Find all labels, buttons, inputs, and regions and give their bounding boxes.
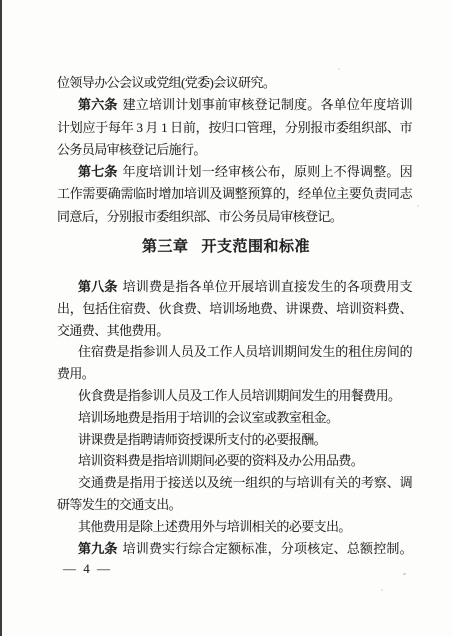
chapter-number: 第三章 [142,239,189,255]
chapter-heading: 第三章开支范围和标准 [0,236,452,258]
text-line: 培训场地费是指用于培训的会议室或教室租金。 [57,407,412,429]
article-number: 第六条 [78,97,118,112]
line-text: 伙食费是指参训人员及工作人员培训期间发生的用餐费用。 [78,388,400,403]
text-line: 同意后，分别报市委组织部、市公务员局审核登记。 [57,206,412,228]
text-line: 其他费用是除上述费用外与培训相关的必要支出。 [57,516,412,538]
line-text: 公务员局审核登记后施行。 [57,142,206,157]
text-line: 住宿费是指参训人员及工作人员培训期间发生的租住房间的 [57,341,412,363]
article-number: 第八条 [78,279,118,294]
scan-speck [403,573,406,575]
scan-speck [58,152,60,154]
text-line: 第六条建立培训计划事前审核登记制度。各单位年度培训 [57,94,412,116]
text-line: 交通费是指用于接送以及统一组织的与培训有关的考察、调 [57,472,412,494]
text-line: 计划应于每年 3 月 1 日前，按归口管理，分别报市委组织部、市 [57,117,412,139]
text-line: 第八条培训费是指各单位开展培训直接发生的各项费用支 [57,276,412,298]
line-text: 培训费实行综合定额标准，分项核定、总额控制。 [123,541,412,556]
line-text: 交通费是指用于接送以及统一组织的与培训有关的考察、调 [78,475,412,490]
text-block-upper: 位领导办公会议或党组(党委)会议研究。 第六条建立培训计划事前审核登记制度。各单… [57,72,412,228]
scan-speck [381,589,383,591]
line-text: 培训费是指各单位开展培训直接发生的各项费用支 [123,279,412,294]
line-text: 培训场地费是指用于培训的会议室或教室租金。 [78,410,338,425]
scan-speck [417,205,419,207]
line-text: 建立培训计划事前审核登记制度。各单位年度培训 [123,97,412,112]
document-page: 位领导办公会议或党组(党委)会议研究。 第六条建立培训计划事前审核登记制度。各单… [0,0,452,636]
line-text: 培训资料费是指培训期间必要的资料及办公用品费。 [78,453,363,468]
line-text: 研等发生的交通支出。 [57,497,181,512]
line-text: 年度培训计划一经审核公布，原则上不得调整。因 [123,164,412,179]
text-line: 工作需要确需临时增加培训及调整预算的，经单位主要负责同志 [57,183,412,205]
line-text: 交通费、其他费用。 [57,323,169,338]
text-line: 培训资料费是指培训期间必要的资料及办公用品费。 [57,450,412,472]
article-number: 第七条 [78,164,118,179]
line-text: 工作需要确需临时增加培训及调整预算的，经单位主要负责同志 [57,186,412,201]
text-line: 研等发生的交通支出。 [57,494,412,516]
line-text: 住宿费是指参训人员及工作人员培训期间发生的租住房间的 [78,344,412,359]
chapter-title: 开支范围和标准 [202,239,311,255]
text-line: 伙食费是指参训人员及工作人员培训期间发生的用餐费用。 [57,385,412,407]
text-line: 出，包括住宿费、伙食费、培训场地费、讲课费、培训资料费、 [57,298,412,320]
scan-edge-line [0,0,2,636]
line-text: 计划应于每年 3 月 1 日前，按归口管理，分别报市委组织部、市 [57,120,412,135]
text-block-lower: 第八条培训费是指各单位开展培训直接发生的各项费用支 出，包括住宿费、伙食费、培训… [57,276,412,559]
page-number: — 4 — [63,561,112,577]
line-text: 讲课费是指聘请师资授课所支付的必要报酬。 [78,432,326,447]
line-text: 位领导办公会议或党组(党委)会议研究。 [57,75,275,90]
text-line: 费用。 [57,363,412,385]
line-text: 同意后，分别报市委组织部、市公务员局审核登记。 [57,209,342,224]
text-line: 第九条培训费实行综合定额标准，分项核定、总额控制。 [57,538,412,560]
line-text: 其他费用是除上述费用外与培训相关的必要支出。 [78,519,351,534]
article-number: 第九条 [78,541,118,556]
line-text: 费用。 [57,366,94,381]
scan-speck [338,68,340,70]
text-line: 第七条年度培训计划一经审核公布，原则上不得调整。因 [57,161,412,183]
text-line: 公务员局审核登记后施行。 [57,139,412,161]
text-line: 位领导办公会议或党组(党委)会议研究。 [57,72,412,94]
text-line: 交通费、其他费用。 [57,320,412,342]
line-text: 出，包括住宿费、伙食费、培训场地费、讲课费、培训资料费、 [57,301,412,316]
text-line: 讲课费是指聘请师资授课所支付的必要报酬。 [57,429,412,451]
